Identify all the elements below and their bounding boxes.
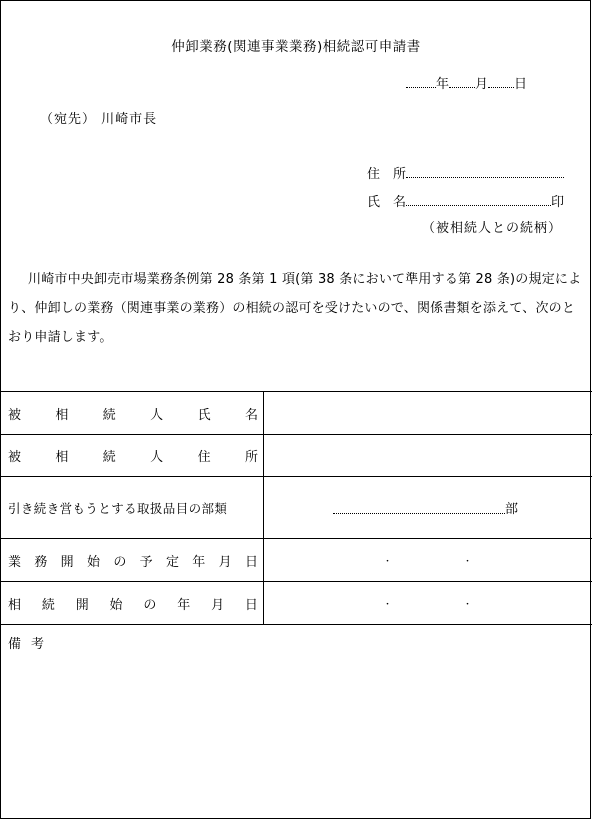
day-field[interactable] (488, 75, 514, 88)
year-label: 年 (436, 77, 449, 92)
inheritance-start-date-field[interactable]: ・・ (265, 582, 590, 624)
deceased-name-label: 被相続人氏名 (8, 392, 258, 434)
day-label: 日 (514, 77, 527, 92)
date-separator: ・ (428, 554, 508, 567)
addressee: （宛先） 川崎市長 (40, 108, 157, 127)
relation-note: （被相続人との続柄） (422, 217, 562, 236)
date-separator: ・ (428, 597, 508, 610)
product-category-label: 引き続き営もうとする取扱品目の部類 (8, 477, 258, 538)
applicant-name: 氏 名印 (367, 191, 564, 210)
year-field[interactable] (406, 75, 436, 88)
table-divider (263, 391, 264, 624)
deceased-address-label: 被相続人住所 (8, 435, 258, 476)
deceased-name-field[interactable] (265, 392, 590, 434)
notes-label: 備考 (8, 633, 54, 652)
date-separator: ・ (348, 597, 428, 610)
business-start-date-field[interactable]: ・・ (265, 539, 590, 581)
name-field[interactable] (406, 193, 551, 206)
product-category-field[interactable] (333, 501, 505, 514)
address-label: 住 所 (367, 167, 406, 182)
applicant-address: 住 所 (367, 163, 564, 182)
month-field[interactable] (449, 75, 475, 88)
deceased-address-field[interactable] (265, 435, 590, 476)
body-text: 川崎市中央卸売市場業務条例第 28 条第 1 項(第 38 条において準用する第… (8, 265, 586, 352)
product-category-value: 部 (265, 477, 590, 538)
month-label: 月 (475, 77, 488, 92)
business-start-date-label: 業務開始の予定年月日 (8, 539, 258, 581)
name-label: 氏 名 (367, 195, 406, 210)
category-suffix: 部 (505, 498, 518, 517)
date-separator: ・ (348, 554, 428, 567)
form-title: 仲卸業務(関連事業業務)相続認可申請書 (0, 35, 592, 55)
application-date: 年月日 (406, 73, 527, 92)
notes-field[interactable] (2, 660, 588, 815)
table-line (0, 624, 592, 625)
seal-label: 印 (551, 195, 564, 210)
address-field[interactable] (406, 165, 564, 178)
inheritance-start-date-label: 相続開始の年月日 (8, 582, 258, 624)
